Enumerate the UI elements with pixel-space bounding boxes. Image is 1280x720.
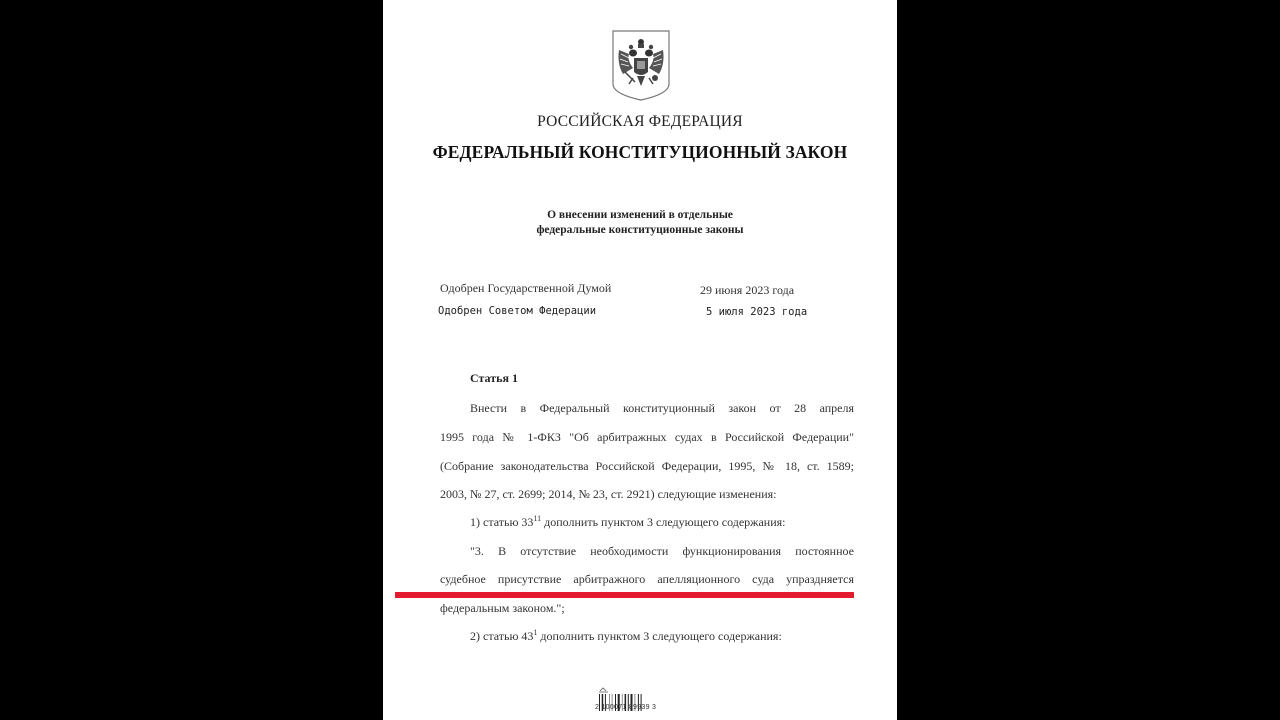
quote-line: "3. В отсутствие необходимости функциони… [470,544,854,560]
paragraph-line: Внести в Федеральный конституционный зак… [470,401,854,417]
amendment-item-2: 2) статью 431 дополнить пунктом 3 следую… [470,629,782,644]
quote-line: судебное присутствие арбитражного апелля… [440,572,854,588]
paragraph-line: (Собрание законодательства Российской Фе… [440,459,854,475]
law-subject-line-1: О внесении изменений в отдельные [383,209,897,221]
document-page: РОССИЙСКАЯ ФЕДЕРАЦИЯ ФЕДЕРАЛЬНЫЙ КОНСТИТ… [383,0,897,720]
video-frame: РОССИЙСКАЯ ФЕДЕРАЦИЯ ФЕДЕРАЛЬНЫЙ КОНСТИТ… [0,0,1280,720]
russian-coat-of-arms-icon [609,28,673,102]
amendment-item-1: 1) статью 3311 дополнить пунктом 3 следу… [470,515,785,530]
approval-council-label: Одобрен Советом Федерации [438,305,596,317]
article-title: Статья 1 [470,371,518,386]
item-1-superscript: 11 [533,514,541,523]
country-heading: РОССИЙСКАЯ ФЕДЕРАЦИЯ [383,113,897,131]
paragraph-line: 2003, № 27, ст. 2699; 2014, № 23, ст. 29… [440,487,776,502]
highlight-underline [395,592,854,598]
barcode-icon [596,680,656,720]
document-type-heading: ФЕДЕРАЛЬНЫЙ КОНСТИТУЦИОННЫЙ ЗАКОН [383,142,897,163]
item-2-prefix: 2) статью 43 [470,629,533,643]
quote-line: федеральным законом."; [440,601,565,616]
approval-duma-date: 29 июня 2023 года [700,283,794,298]
law-subject-line-2: федеральные конституционные законы [383,224,897,236]
approval-council-date: 5 июля 2023 года [706,306,807,318]
item-1-suffix: дополнить пунктом 3 следующего содержани… [541,515,785,529]
approval-duma-label: Одобрен Государственной Думой [440,281,611,296]
item-1-prefix: 1) статью 33 [470,515,533,529]
paragraph-line: 1995 года № 1-ФКЗ "Об арбитражных судах … [440,430,854,446]
item-2-suffix: дополнить пунктом 3 следующего содержани… [537,629,781,643]
barcode-number: 2 100071 89939 3 [595,704,659,711]
